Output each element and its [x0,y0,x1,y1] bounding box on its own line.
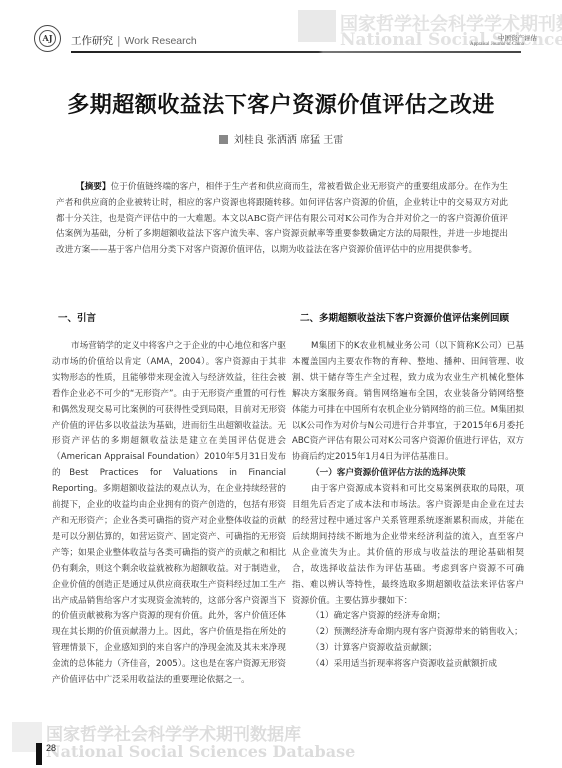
section-heading-introduction: 一、引言 [58,310,96,324]
section-heading-case-review: 二、多期超额收益法下客户资源价值评估案例回顾 [300,310,509,324]
journal-seal-logo-icon: AJ [34,25,61,52]
author-line: 刘桂良 张洒洒 席猛 王雷 [0,131,562,146]
step-item: （2）预测经济寿命期内现有客户资源带来的销售收入； [292,625,524,641]
abstract-text: 位于价值链终端的客户，相伴于生产者和供应商而生，常被看做企业无形资产的重要组成部… [56,182,508,255]
section-tag-cn: 工作研究 [71,35,113,47]
header-divider [71,51,521,53]
page-number-bar [36,743,42,765]
article-title: 多期超额收益法下客户资源价值评估之改进 [0,88,562,119]
step-item: （4）采用适当折现率将客户资源收益贡献额折成 [292,657,524,673]
section-tag-en: Work Research [125,35,197,47]
author-marker-icon [219,135,228,144]
abstract: 【摘要】位于价值链终端的客户，相伴于生产者和供应商而生，常被看做企业无形资产的重… [56,180,508,259]
body-paragraph: 市场营销学的定义中将客户之于企业的中心地位和客户驱动市场的价值给以肯定（AMA，… [52,339,286,689]
step-item: （3）计算客户资源收益贡献额； [292,641,524,657]
journal-name-en: Appraisal Journal of China [470,42,524,47]
body-paragraph: M集团下的K农业机械业务公司（以下简称K公司）已基本覆盖国内主要农作物的育种、整… [292,339,524,466]
watermark-en-bottom: National Social Sciences Database [46,742,355,761]
seal-monogram: AJ [39,30,56,47]
journal-name-cn: 中国资产评估 [498,33,537,42]
section-tag: 工作研究|Work Research [71,33,197,48]
subsection-heading: （一）客户资源价值评估方法的选择决策 [292,466,524,482]
left-column: 市场营销学的定义中将客户之于企业的中心地位和客户驱动市场的价值给以肯定（AMA，… [52,339,286,689]
page-number: 28 [46,743,56,753]
authors: 刘桂良 张洒洒 席猛 王雷 [234,135,344,146]
abstract-label: 【摘要】 [76,182,111,192]
body-paragraph: 由于客户资源成本资料和可比交易案例获取的局限，项目组先后否定了成本法和市场法。客… [292,482,524,609]
step-item: （1）确定客户资源的经济寿命期； [292,609,524,625]
watermark-logo-block [298,10,336,42]
section-tag-separator: | [117,35,121,47]
right-column: M集团下的K农业机械业务公司（以下简称K公司）已基本覆盖国内主要农作物的育种、整… [292,339,524,673]
